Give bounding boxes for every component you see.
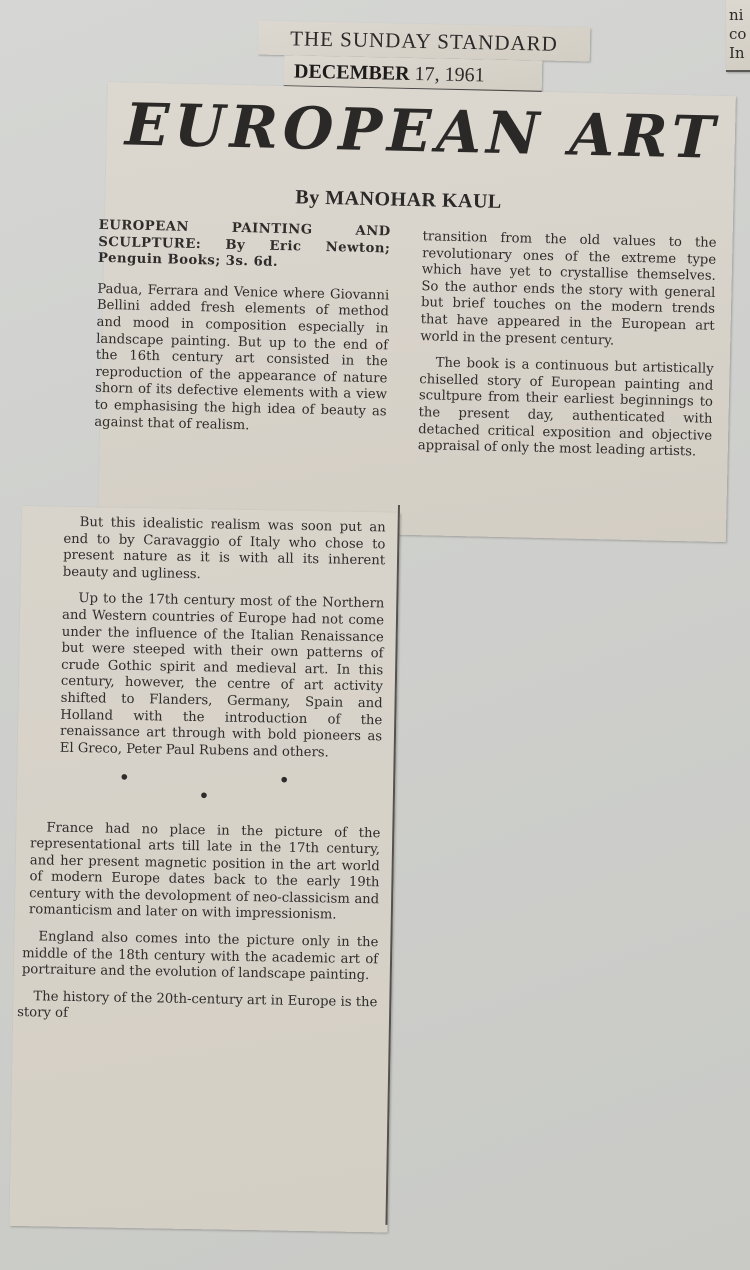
paragraph: England also comes into the picture only… (22, 929, 379, 985)
article-clipping-top: EUROPEAN ART By MANOHAR KAUL EUROPEAN PA… (98, 82, 736, 542)
section-break: • • • (59, 769, 382, 808)
fragment-line: ni (729, 6, 750, 25)
paragraph: But this idealistic realism was soon put… (63, 515, 386, 587)
article-clipping-bottom: But this idealistic realism was soon put… (9, 506, 400, 1232)
paragraph: Up to the 17th century most of the North… (60, 591, 385, 763)
right-column: transition from the old values to the re… (417, 229, 716, 471)
headline: EUROPEAN ART (124, 90, 725, 172)
paragraph: Padua, Ferrara and Venice where Giovanni… (94, 282, 389, 438)
byline: By MANOHAR KAUL (295, 186, 502, 214)
paragraph: transition from the old values to the re… (420, 229, 717, 352)
date-month: DECEMBER (294, 61, 410, 85)
left-column-top: EUROPEAN PAINTING AND SCULPTURE: By Eric… (94, 218, 391, 448)
paragraph: The book is a continuous but artisticall… (418, 355, 714, 461)
paragraph: France had no place in the picture of th… (29, 820, 381, 926)
fragment-line: co (729, 25, 750, 44)
paragraph: The history of the 20th-century art in E… (17, 989, 378, 1028)
book-title: EUROPEAN PAINTING AND SCULPTURE: By Eric… (98, 218, 391, 274)
fragment-line: In (729, 44, 750, 63)
adjacent-clipping-fragment: ni co In (726, 0, 750, 72)
date-day-year: 17, 1961 (409, 63, 484, 87)
left-column-bottom: But this idealistic realism was soon put… (55, 515, 386, 1039)
newspaper-name-text: THE SUNDAY STANDARD (290, 26, 558, 56)
